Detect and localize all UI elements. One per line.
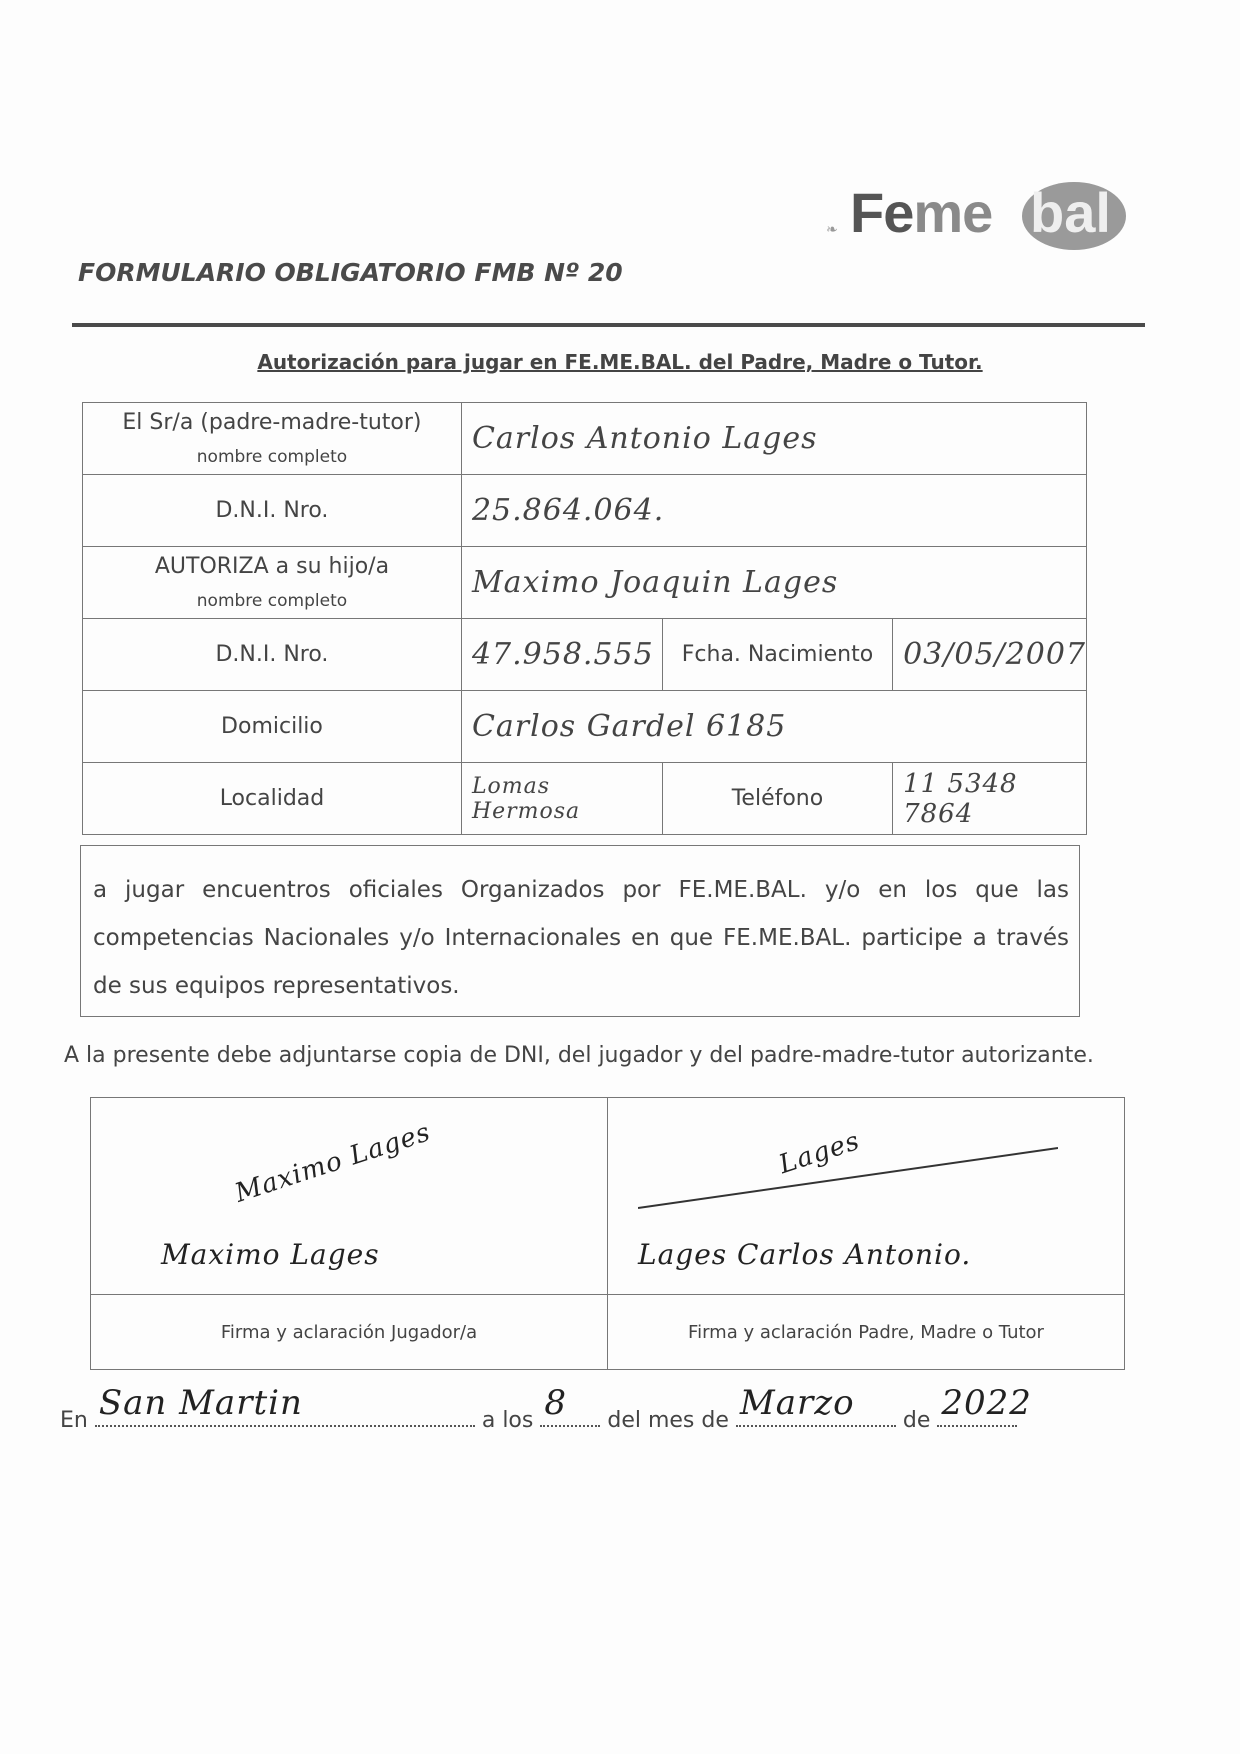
logo-text-bal: bal (1030, 180, 1111, 245)
player-clarification: Maximo Lages (161, 1238, 380, 1271)
authorization-table: El Sr/a (padre-madre-tutor)nombre comple… (82, 402, 1087, 835)
place-field[interactable]: San Martin (95, 1405, 475, 1427)
attachment-note: A la presente debe adjuntarse copia de D… (64, 1043, 1094, 1068)
phone-label: Teléfono (662, 763, 892, 835)
guardian-clarification: Lages Carlos Antonio. (638, 1238, 971, 1271)
day-field[interactable]: 8 (540, 1405, 600, 1427)
logo-mark-icon: ❧ (826, 222, 838, 238)
month-field[interactable]: Marzo (736, 1405, 896, 1427)
authorization-text: a jugar encuentros oficiales Organizados… (80, 845, 1080, 1017)
locality-label: Localidad (83, 763, 462, 835)
date-place-line: En San Martin a los 8 del mes de Marzo d… (60, 1405, 1017, 1433)
child-dni-field[interactable]: 47.958.555 (461, 619, 662, 691)
year-field[interactable]: 2022 (937, 1405, 1017, 1427)
address-label: Domicilio (83, 691, 462, 763)
signature-table: Maximo Lages Maximo Lages Lages Lages Ca… (90, 1097, 1125, 1370)
title-divider (72, 323, 1145, 327)
guardian-dni-field[interactable]: 25.864.064. (461, 475, 1086, 547)
guardian-name-label: El Sr/a (padre-madre-tutor)nombre comple… (83, 403, 462, 475)
phone-field[interactable]: 11 5348 7864 (893, 763, 1087, 835)
birth-date-label: Fcha. Nacimiento (662, 619, 892, 691)
femebal-logo: ❧ Feme bal (850, 180, 1130, 260)
child-dni-label: D.N.I. Nro. (83, 619, 462, 691)
signature-stroke-icon (638, 1138, 1058, 1218)
guardian-signature-box[interactable]: Lages Lages Carlos Antonio. (608, 1098, 1125, 1295)
address-field[interactable]: Carlos Gardel 6185 (461, 691, 1086, 763)
form-title: FORMULARIO OBLIGATORIO FMB Nº 20 (78, 258, 623, 287)
logo-text: Feme (850, 180, 992, 245)
player-signature-caption: Firma y aclaración Jugador/a (91, 1295, 608, 1370)
child-name-field[interactable]: Maximo Joaquin Lages (461, 547, 1086, 619)
guardian-name-field[interactable]: Carlos Antonio Lages (461, 403, 1086, 475)
guardian-signature-caption: Firma y aclaración Padre, Madre o Tutor (608, 1295, 1125, 1370)
player-signature: Maximo Lages (231, 1117, 434, 1209)
player-signature-box[interactable]: Maximo Lages Maximo Lages (91, 1098, 608, 1295)
birth-date-field[interactable]: 03/05/2007 (893, 619, 1087, 691)
child-name-label: AUTORIZA a su hijo/anombre completo (83, 547, 462, 619)
guardian-dni-label: D.N.I. Nro. (83, 475, 462, 547)
locality-field[interactable]: Lomas Hermosa (461, 763, 662, 835)
section-title: Autorización para jugar en FE.ME.BAL. de… (0, 350, 1240, 374)
